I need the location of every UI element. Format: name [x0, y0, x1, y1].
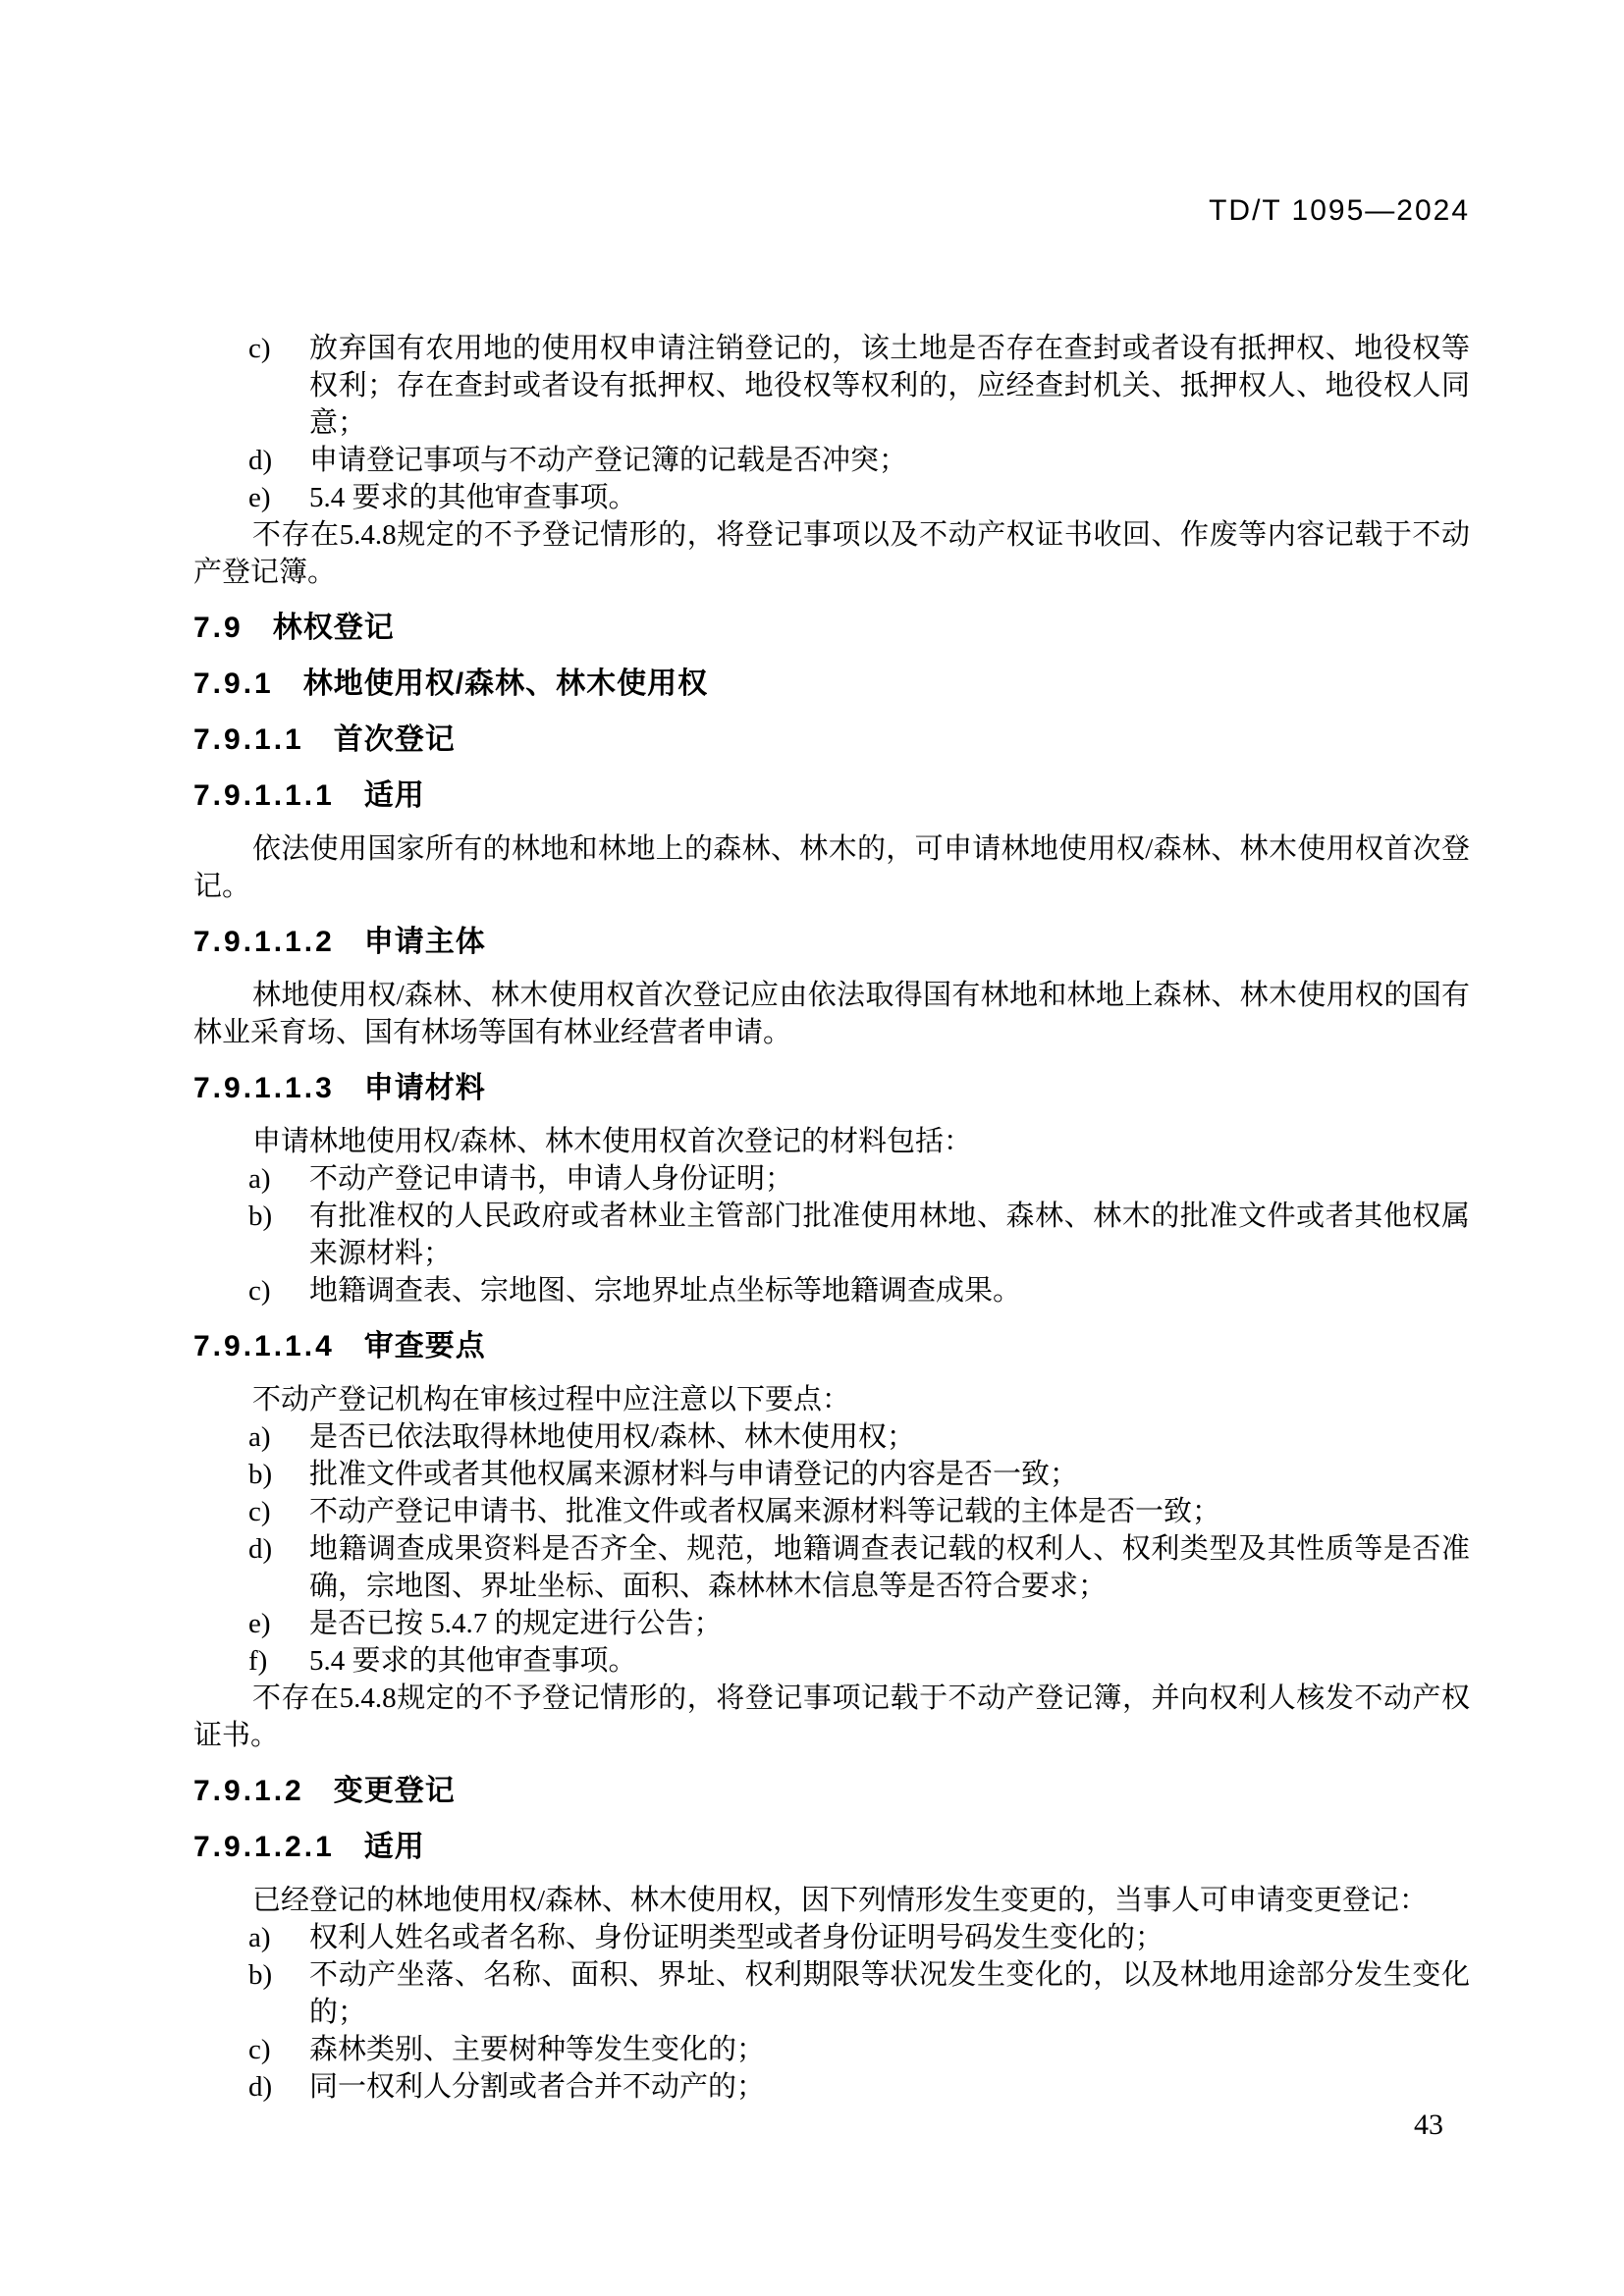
list-item-marker: c): [248, 330, 271, 367]
section-title: 适用: [364, 1831, 425, 1863]
section-title: 林权登记: [273, 612, 395, 644]
document-page: TD/T 1095—2024 c)放弃国有农用地的使用权申请注销登记的，该土地是…: [0, 0, 1624, 2296]
section-title: 适用: [364, 779, 425, 812]
list-item: e)是否已按 5.4.7 的规定进行公告；: [193, 1605, 1470, 1642]
paragraph: 已经登记的林地使用权/森林、林木使用权，因下列情形发生变更的，当事人可申请变更登…: [193, 1882, 1470, 1919]
list-item-marker: b): [248, 1956, 272, 1994]
list-item-text: 森林类别、主要树种等发生变化的；: [309, 2034, 765, 2065]
ordered-list: c)放弃国有农用地的使用权申请注销登记的，该土地是否存在查封或者设有抵押权、地役…: [193, 330, 1470, 516]
list-item-marker: b): [248, 1456, 272, 1493]
ordered-list: a)不动产登记申请书，申请人身份证明；b)有批准权的人民政府或者林业主管部门批准…: [193, 1160, 1470, 1309]
list-item-marker: b): [248, 1198, 272, 1235]
section-number: 7.9.1: [193, 666, 274, 703]
list-item-marker: a): [248, 1418, 271, 1456]
list-item: a)权利人姓名或者名称、身份证明类型或者身份证明号码发生变化的；: [193, 1919, 1470, 1956]
paragraph: 申请林地使用权/森林、林木使用权首次登记的材料包括：: [193, 1123, 1470, 1160]
page-number: 43: [1414, 2109, 1443, 2142]
list-item-text: 5.4 要求的其他审查事项。: [309, 482, 637, 513]
section-number: 7.9.1.1: [193, 721, 304, 759]
section-title: 申请主体: [364, 926, 486, 958]
list-item-text: 地籍调查表、宗地图、宗地界址点坐标等地籍调查成果。: [309, 1275, 1021, 1307]
section-number: 7.9: [193, 610, 244, 647]
list-item-marker: e): [248, 479, 271, 516]
list-item-marker: d): [248, 1530, 272, 1568]
section-title: 审查要点: [364, 1330, 486, 1362]
list-item-text: 地籍调查成果资料是否齐全、规范，地籍调查表记载的权利人、权利类型及其性质等是否准…: [309, 1533, 1470, 1602]
list-item-text: 批准文件或者其他权属来源材料与申请登记的内容是否一致；: [309, 1459, 1078, 1490]
list-item-marker: d): [248, 442, 272, 479]
list-item: e)5.4 要求的其他审查事项。: [193, 479, 1470, 516]
list-item-text: 权利人姓名或者名称、身份证明类型或者身份证明号码发生变化的；: [309, 1922, 1164, 1953]
list-item-text: 申请登记事项与不动产登记簿的记载是否冲突；: [309, 445, 907, 476]
section-heading: 7.9.1林地使用权/森林、林木使用权: [193, 666, 1470, 703]
section-heading: 7.9林权登记: [193, 610, 1470, 647]
paragraph: 不存在5.4.8规定的不予登记情形的，将登记事项记载于不动产登记簿，并向权利人核…: [193, 1680, 1470, 1754]
list-item: a)是否已依法取得林地使用权/森林、林木使用权；: [193, 1418, 1470, 1456]
list-item: c)地籍调查表、宗地图、宗地界址点坐标等地籍调查成果。: [193, 1272, 1470, 1309]
list-item-text: 是否已依法取得林地使用权/森林、林木使用权；: [309, 1421, 915, 1453]
list-item: d)申请登记事项与不动产登记簿的记载是否冲突；: [193, 442, 1470, 479]
list-item-marker: c): [248, 1493, 271, 1530]
ordered-list: a)权利人姓名或者名称、身份证明类型或者身份证明号码发生变化的；b)不动产坐落、…: [193, 1919, 1470, 2106]
standard-number-header: TD/T 1095—2024: [0, 194, 1470, 228]
section-heading: 7.9.1.2.1适用: [193, 1829, 1470, 1866]
section-heading: 7.9.1.1.2申请主体: [193, 924, 1470, 961]
list-item-text: 不动产坐落、名称、面积、界址、权利期限等状况发生变化的，以及林地用途部分发生变化…: [309, 1959, 1470, 2028]
section-number: 7.9.1.1.4: [193, 1328, 335, 1365]
list-item-marker: c): [248, 1272, 271, 1309]
list-item-marker: d): [248, 2068, 272, 2106]
list-item-text: 5.4 要求的其他审查事项。: [309, 1645, 637, 1677]
section-heading: 7.9.1.1.3申请材料: [193, 1070, 1470, 1107]
list-item: b)有批准权的人民政府或者林业主管部门批准使用林地、森林、林木的批准文件或者其他…: [193, 1198, 1470, 1272]
section-heading: 7.9.1.2变更登记: [193, 1773, 1470, 1810]
list-item-marker: a): [248, 1160, 271, 1198]
list-item: f)5.4 要求的其他审查事项。: [193, 1642, 1470, 1680]
section-title: 林地使用权/森林、林木使用权: [303, 667, 708, 700]
list-item-text: 是否已按 5.4.7 的规定进行公告；: [309, 1608, 723, 1639]
list-item: c)森林类别、主要树种等发生变化的；: [193, 2031, 1470, 2068]
list-item: c)放弃国有农用地的使用权申请注销登记的，该土地是否存在查封或者设有抵押权、地役…: [193, 330, 1470, 442]
section-heading: 7.9.1.1.4审查要点: [193, 1328, 1470, 1365]
paragraph: 不存在5.4.8规定的不予登记情形的，将登记事项以及不动产权证书收回、作废等内容…: [193, 516, 1470, 591]
section-title: 首次登记: [334, 723, 456, 756]
section-title: 申请材料: [364, 1072, 486, 1104]
list-item: a)不动产登记申请书，申请人身份证明；: [193, 1160, 1470, 1198]
list-item: d)同一权利人分割或者合并不动产的；: [193, 2068, 1470, 2106]
paragraph: 林地使用权/森林、林木使用权首次登记应由依法取得国有林地和林地上森林、林木使用权…: [193, 977, 1470, 1051]
section-number: 7.9.1.2.1: [193, 1829, 335, 1866]
section-heading: 7.9.1.1首次登记: [193, 721, 1470, 759]
section-number: 7.9.1.1.2: [193, 924, 335, 961]
section-number: 7.9.1.2: [193, 1773, 304, 1810]
list-item-marker: f): [248, 1642, 267, 1680]
paragraph: 不动产登记机构在审核过程中应注意以下要点：: [193, 1381, 1470, 1418]
list-item-text: 不动产登记申请书、批准文件或者权属来源材料等记载的主体是否一致；: [309, 1496, 1220, 1527]
list-item-marker: c): [248, 2031, 271, 2068]
list-item: c)不动产登记申请书、批准文件或者权属来源材料等记载的主体是否一致；: [193, 1493, 1470, 1530]
section-heading: 7.9.1.1.1适用: [193, 777, 1470, 815]
list-item-marker: a): [248, 1919, 271, 1956]
list-item-marker: e): [248, 1605, 271, 1642]
list-item-text: 放弃国有农用地的使用权申请注销登记的，该土地是否存在查封或者设有抵押权、地役权等…: [309, 333, 1470, 439]
paragraph: 依法使用国家所有的林地和林地上的森林、林木的，可申请林地使用权/森林、林木使用权…: [193, 830, 1470, 905]
list-item-text: 不动产登记申请书，申请人身份证明；: [309, 1163, 793, 1195]
list-item-text: 有批准权的人民政府或者林业主管部门批准使用林地、森林、林木的批准文件或者其他权属…: [309, 1201, 1470, 1269]
document-content: c)放弃国有农用地的使用权申请注销登记的，该土地是否存在查封或者设有抵押权、地役…: [193, 330, 1470, 2106]
list-item-text: 同一权利人分割或者合并不动产的；: [309, 2071, 765, 2103]
section-number: 7.9.1.1.1: [193, 777, 335, 815]
list-item: d)地籍调查成果资料是否齐全、规范，地籍调查表记载的权利人、权利类型及其性质等是…: [193, 1530, 1470, 1605]
list-item: b)批准文件或者其他权属来源材料与申请登记的内容是否一致；: [193, 1456, 1470, 1493]
section-number: 7.9.1.1.3: [193, 1070, 335, 1107]
list-item: b)不动产坐落、名称、面积、界址、权利期限等状况发生变化的，以及林地用途部分发生…: [193, 1956, 1470, 2031]
section-title: 变更登记: [334, 1775, 456, 1807]
ordered-list: a)是否已依法取得林地使用权/森林、林木使用权；b)批准文件或者其他权属来源材料…: [193, 1418, 1470, 1680]
